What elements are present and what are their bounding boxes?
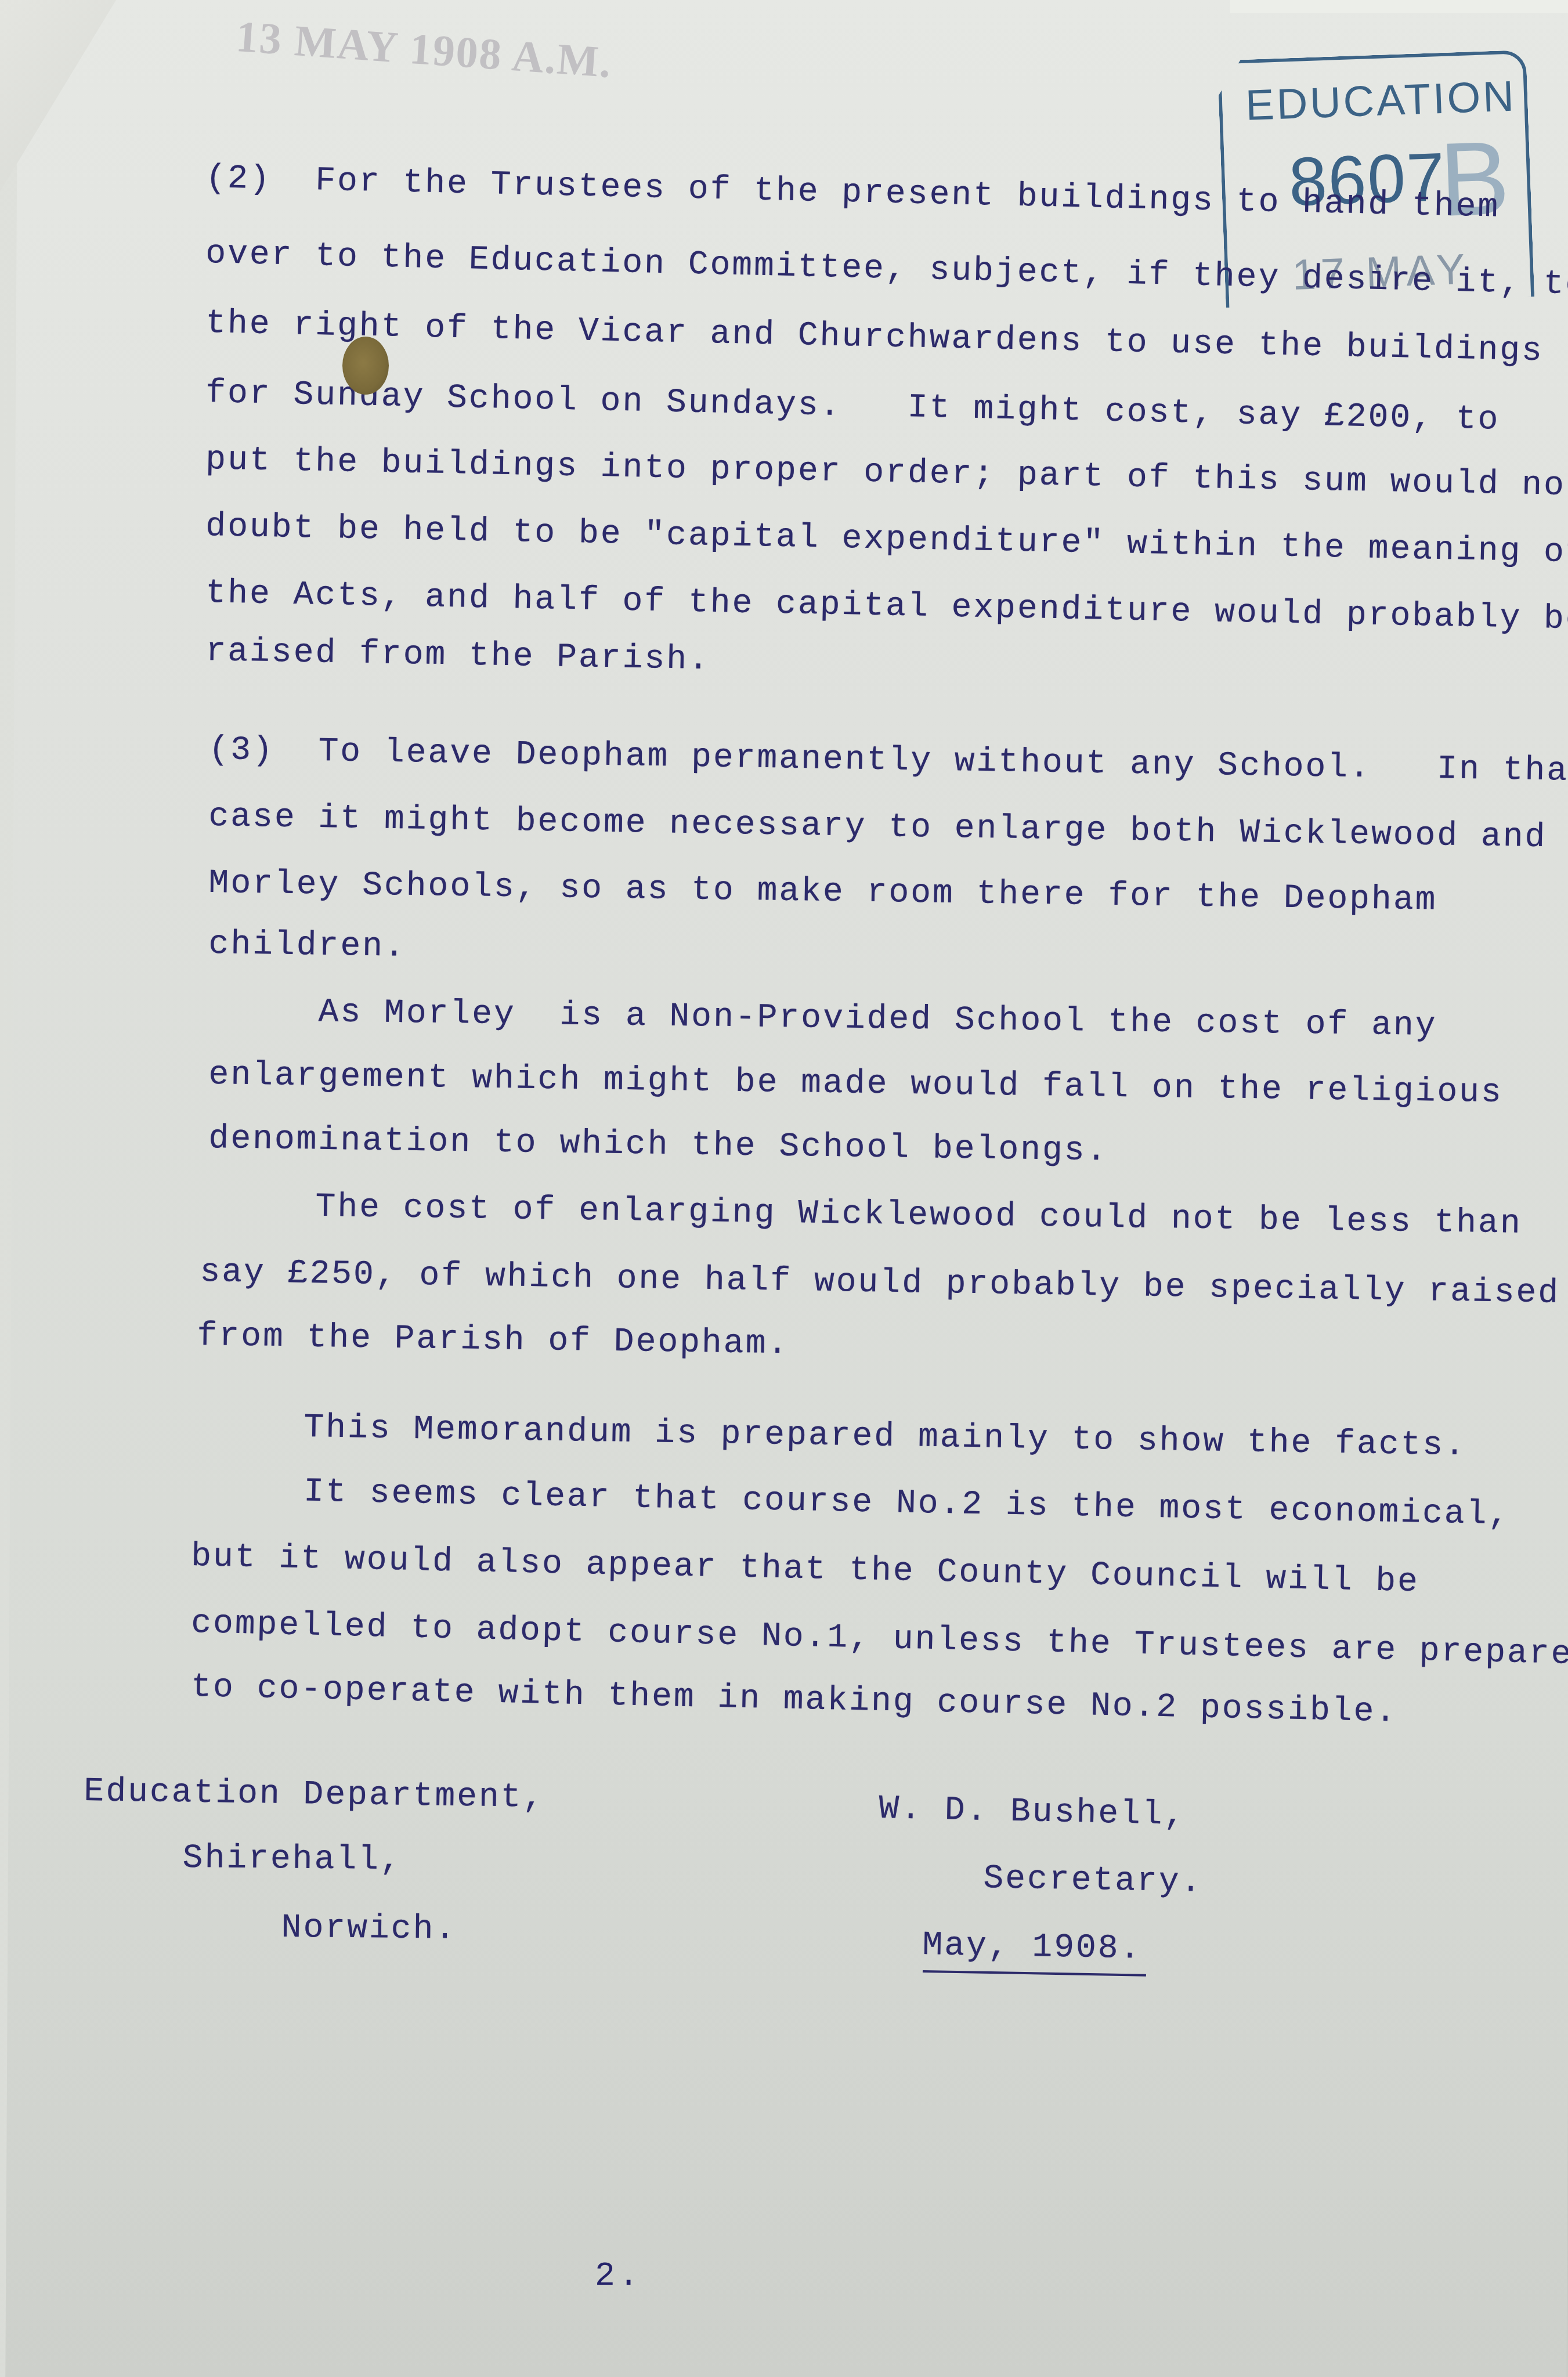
punch-hole [342,337,389,395]
text-line: (3) To leave Deopham permanently without… [208,731,1568,790]
text-line: Morley Schools, so as to make room there… [208,865,1437,920]
document-content: 13 MAY 1908 A.M. EDUCATION 8607 B 17 MAY… [0,0,1568,2377]
text-line: the right of the Vicar and Churchwardens… [205,305,1544,370]
address-line: Education Department, [84,1773,545,1817]
text-line: enlargement which might be made would fa… [208,1056,1503,1112]
date-underline [923,1970,1146,1977]
page-number: 2. [595,2257,642,2295]
text-line: doubt be held to be "capital expenditure… [205,508,1568,572]
text-line: say £250, of which one half would probab… [200,1253,1560,1313]
text-line: put the buildings into proper order; par… [205,441,1566,505]
text-line: compelled to adopt course No.1, unless t… [191,1605,1568,1674]
received-date-stamp: 13 MAY 1908 A.M. [234,12,614,88]
text-line: case it might become necessary to enlarg… [208,798,1547,857]
text-line: for Sunday School on Sundays. It might c… [205,374,1500,439]
text-line: It seems clear that course No.2 is the m… [194,1471,1511,1534]
address-line: Norwich. [281,1909,457,1949]
address-line: Shirehall, [182,1840,402,1879]
text-line: The cost of enlarging Wicklewood could n… [205,1187,1522,1243]
signatory-title: Secretary. [983,1860,1203,1902]
signatory-name: W. D. Bushell, [879,1790,1187,1834]
text-line: As Morley is a Non-Provided School the c… [208,992,1437,1045]
text-line: This Memorandum is prepared mainly to sh… [194,1407,1466,1465]
signature-date: May, 1908. [922,1927,1142,1968]
text-line: children. [208,926,406,966]
text-line: raised from the Parish. [205,633,711,679]
text-line: from the Parish of Deopham. [197,1317,790,1363]
text-line: denomination to which the School belongs… [208,1120,1108,1171]
text-line: to co-operate with them in making course… [191,1668,1398,1732]
text-line: the Acts, and half of the capital expend… [205,575,1568,639]
text-line: but it would also appear that the County… [191,1538,1420,1601]
